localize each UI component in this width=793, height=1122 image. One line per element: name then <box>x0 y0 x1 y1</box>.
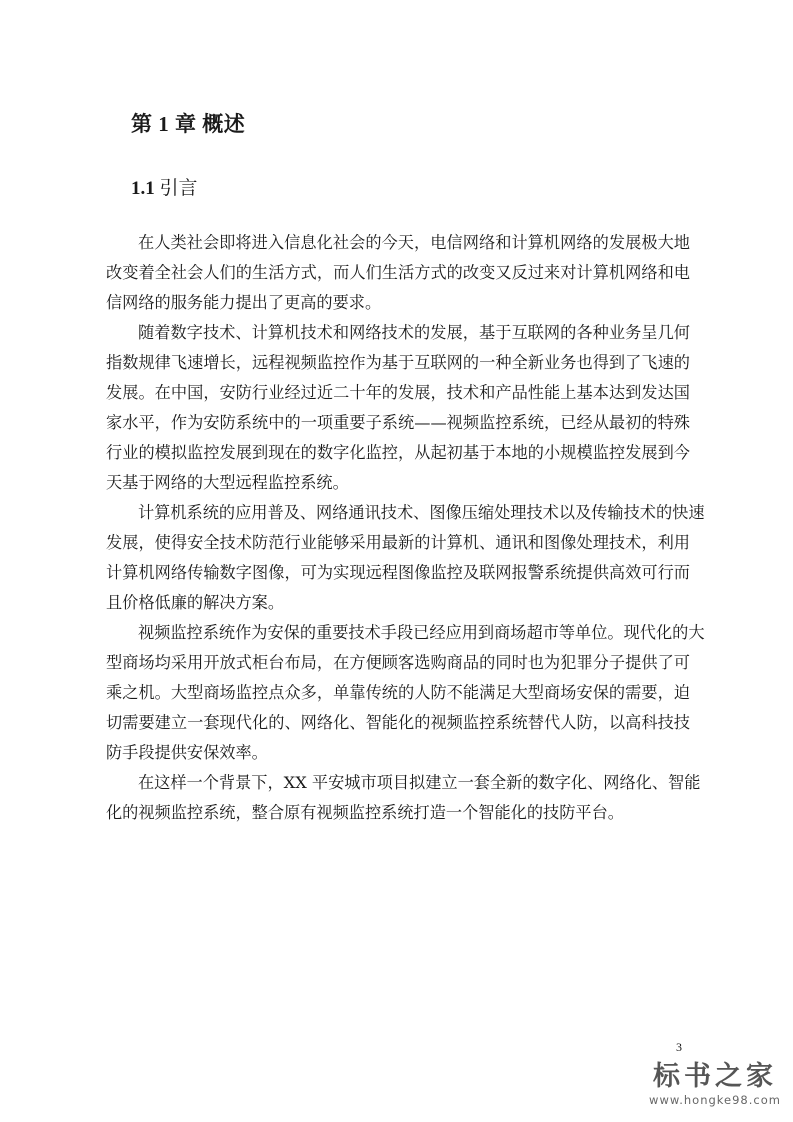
paragraph: 计算机系统的应用普及、网络通讯技术、图像压缩处理技术以及传输技术的快速 发展，使… <box>106 498 690 618</box>
paragraph: 随着数字技术、计算机技术和网络技术的发展，基于互联网的各种业务呈几何 指数规律飞… <box>106 318 690 498</box>
text-line: 且价格低廉的解决方案。 <box>106 588 690 618</box>
paragraph: 视频监控系统作为安保的重要技术手段已经应用到商场超市等单位。现代化的大 型商场均… <box>106 618 690 768</box>
text-line: 发展。在中国，安防行业经过近二十年的发展，技术和产品性能上基本达到发达国 <box>106 378 690 408</box>
text-line: 行业的模拟监控发展到现在的数字化监控，从起初基于本地的小规模监控发展到今 <box>106 438 690 468</box>
text-line: 切需要建立一套现代化的、网络化、智能化的视频监控系统替代人防，以高科技技 <box>106 708 690 738</box>
paragraph: 在这样一个背景下，XX 平安城市项目拟建立一套全新的数字化、网络化、智能 化的视… <box>106 768 690 828</box>
text-line: 家水平，作为安防系统中的一项重要子系统——视频监控系统，已经从最初的特殊 <box>106 408 690 438</box>
text-line: 计算机系统的应用普及、网络通讯技术、图像压缩处理技术以及传输技术的快速 <box>106 498 690 528</box>
text-line: 计算机网络传输数字图像，可为实现远程图像监控及联网报警系统提供高效可行而 <box>106 558 690 588</box>
chapter-title: 第 1 章 概述 <box>131 108 245 138</box>
text-line: 指数规律飞速增长，远程视频监控作为基于互联网的一种全新业务也得到了飞速的 <box>106 348 690 378</box>
watermark: 标书之家 www.hongke98.com <box>640 1062 790 1108</box>
section-number: 1.1 <box>131 178 155 199</box>
text-line: 天基于网络的大型远程监控系统。 <box>106 468 690 498</box>
text-line: 随着数字技术、计算机技术和网络技术的发展，基于互联网的各种业务呈几何 <box>106 318 690 348</box>
watermark-logo-text: 标书之家 <box>640 1062 790 1092</box>
document-page: 第 1 章 概述 1.1 引言 在人类社会即将进入信息化社会的今天，电信网络和计… <box>0 0 793 1122</box>
text-line: 防手段提供安保效率。 <box>106 738 690 768</box>
paragraph: 在人类社会即将进入信息化社会的今天，电信网络和计算机网络的发展极大地 改变着全社… <box>106 228 690 318</box>
text-line: 信网络的服务能力提出了更高的要求。 <box>106 288 690 318</box>
body-text: 在人类社会即将进入信息化社会的今天，电信网络和计算机网络的发展极大地 改变着全社… <box>106 228 690 828</box>
page-number: 3 <box>676 1040 682 1055</box>
text-line: 改变着全社会人们的生活方式，而人们生活方式的改变又反过来对计算机网络和电 <box>106 258 690 288</box>
text-line: 化的视频监控系统，整合原有视频监控系统打造一个智能化的技防平台。 <box>106 798 690 828</box>
text-line: 在人类社会即将进入信息化社会的今天，电信网络和计算机网络的发展极大地 <box>106 228 690 258</box>
text-line: 型商场均采用开放式柜台布局，在方便顾客选购商品的同时也为犯罪分子提供了可 <box>106 648 690 678</box>
text-line: 发展，使得安全技术防范行业能够采用最新的计算机、通讯和图像处理技术，利用 <box>106 528 690 558</box>
section-title: 1.1 引言 <box>131 173 198 200</box>
text-line: 乘之机。大型商场监控点众多，单靠传统的人防不能满足大型商场安保的需要，迫 <box>106 678 690 708</box>
text-line: 在这样一个背景下，XX 平安城市项目拟建立一套全新的数字化、网络化、智能 <box>106 768 690 798</box>
text-line: 视频监控系统作为安保的重要技术手段已经应用到商场超市等单位。现代化的大 <box>106 618 690 648</box>
watermark-url: www.hongke98.com <box>640 1092 790 1108</box>
section-heading-text: 引言 <box>160 178 198 199</box>
